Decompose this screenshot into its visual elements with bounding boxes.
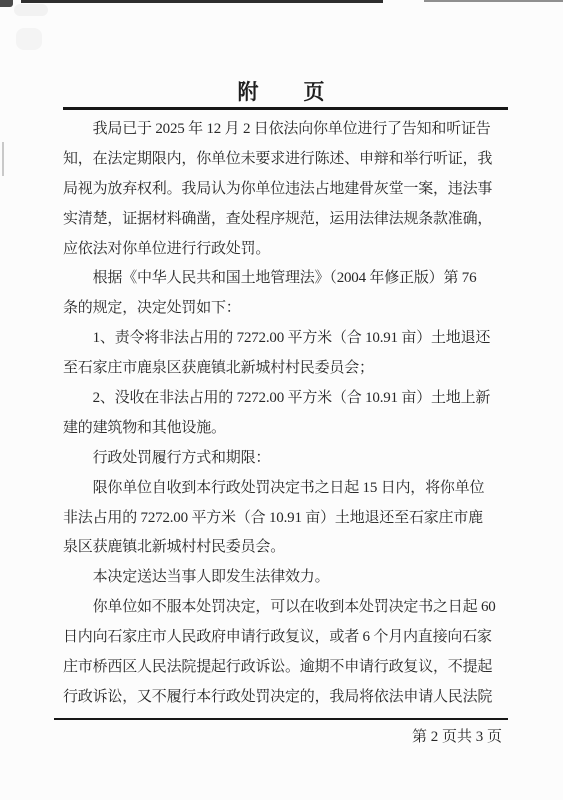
doc-line: 本决定送达当事人即发生法律效力。 <box>63 563 511 593</box>
scan-smudge <box>16 28 42 50</box>
scan-edge-artifact-right <box>424 0 563 2</box>
page-number: 第 2 页共 3 页 <box>412 725 502 746</box>
doc-line: 日内向石家庄市人民政府申请行政复议，或者 6 个月内直接向石家 <box>63 623 511 653</box>
title-rule <box>63 107 508 110</box>
doc-line: 应依法对你单位进行行政处罚。 <box>63 235 511 265</box>
doc-line: 限你单位自收到本行政处罚决定书之日起 15 日内，将你单位 <box>63 474 511 504</box>
doc-line: 行政诉讼，又不履行本行政处罚决定的，我局将依法申请人民法院 <box>63 683 511 713</box>
doc-line: 知，在法定期限内，你单位未要求进行陈述、申辩和举行听证，我 <box>63 145 511 175</box>
scanned-document-page: 附 页 我局已于 2025 年 12 月 2 日依法向你单位进行了告知和听证告 … <box>0 0 563 800</box>
doc-line: 你单位如不服本处罚决定，可以在收到本处罚决定书之日起 60 <box>63 593 511 623</box>
doc-line: 泉区获鹿镇北新城村村民委员会。 <box>63 533 511 563</box>
doc-line: 局视为放弃权利。我局认为你单位违法占地建骨灰堂一案，违法事 <box>63 175 511 205</box>
scan-smudge <box>14 4 48 16</box>
document-body: 我局已于 2025 年 12 月 2 日依法向你单位进行了告知和听证告 知，在法… <box>63 115 511 713</box>
doc-line: 我局已于 2025 年 12 月 2 日依法向你单位进行了告知和听证告 <box>63 115 511 145</box>
doc-line: 2、没收在非法占用的 7272.00 平方米（合 10.91 亩）土地上新 <box>63 384 511 414</box>
doc-line: 1、责令将非法占用的 7272.00 平方米（合 10.91 亩）土地退还 <box>63 324 511 354</box>
footer-rule <box>54 718 508 720</box>
scan-edge-artifact-left <box>21 0 383 3</box>
doc-line: 非法占用的 7272.00 平方米（合 10.91 亩）土地退还至石家庄市鹿 <box>63 504 511 534</box>
doc-line: 条的规定，决定处罚如下： <box>63 294 511 324</box>
scan-corner-artifact <box>0 0 13 7</box>
doc-line: 行政处罚履行方式和期限： <box>63 444 511 474</box>
doc-line: 庄市桥西区人民法院提起行政诉讼。逾期不申请行政复议，不提起 <box>63 653 511 683</box>
doc-line: 根据《中华人民共和国土地管理法》（2004 年修正版）第 76 <box>63 264 511 294</box>
doc-line: 至石家庄市鹿泉区获鹿镇北新城村村民委员会； <box>63 354 511 384</box>
doc-line: 建的建筑物和其他设施。 <box>63 414 511 444</box>
scan-edge-artifact-side <box>2 142 4 176</box>
page-title: 附 页 <box>0 76 563 106</box>
doc-line: 实清楚，证据材料确凿，查处程序规范，运用法律法规条款准确， <box>63 205 511 235</box>
